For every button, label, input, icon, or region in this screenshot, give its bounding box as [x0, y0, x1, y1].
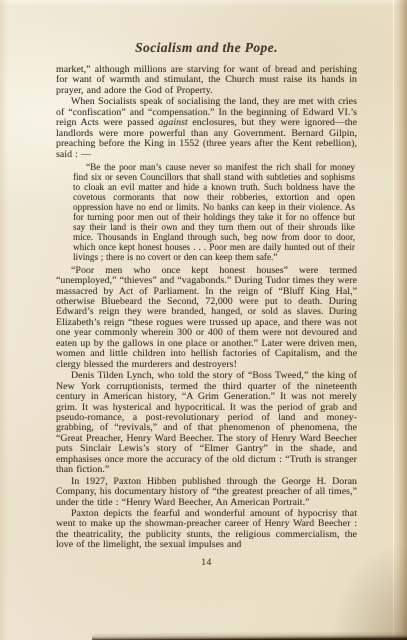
paragraph-continuation: market,” although millions are starving … [56, 65, 357, 96]
paragraph-paxton-depicts: Paxton depicts the fearful and wonderful… [56, 509, 357, 551]
paragraph-paxton-hibben: In 1927, Paxton Hibben published through… [56, 477, 357, 508]
running-head-title: Socialism and the Pope. [56, 40, 357, 56]
italic-word-against: against [158, 117, 187, 128]
paragraph-denis-tilden-lynch: Denis Tilden Lynch, who told the story o… [56, 371, 357, 476]
scanned-book-page: Socialism and the Pope. market,” althoug… [0, 0, 407, 640]
scan-bottom-shadow [92, 631, 407, 640]
page-number: 14 [56, 558, 357, 568]
gilpin-block-quote: “Be the poor man’s cause never so manife… [73, 163, 355, 263]
page-content: Socialism and the Pope. market,” althoug… [56, 40, 357, 568]
paragraph-poor-men: “Poor men who once kept honest houses” w… [56, 266, 357, 371]
page-left-edge-shading [0, 0, 8, 640]
paragraph-socialists: When Socialists speak of socialising the… [56, 97, 357, 160]
